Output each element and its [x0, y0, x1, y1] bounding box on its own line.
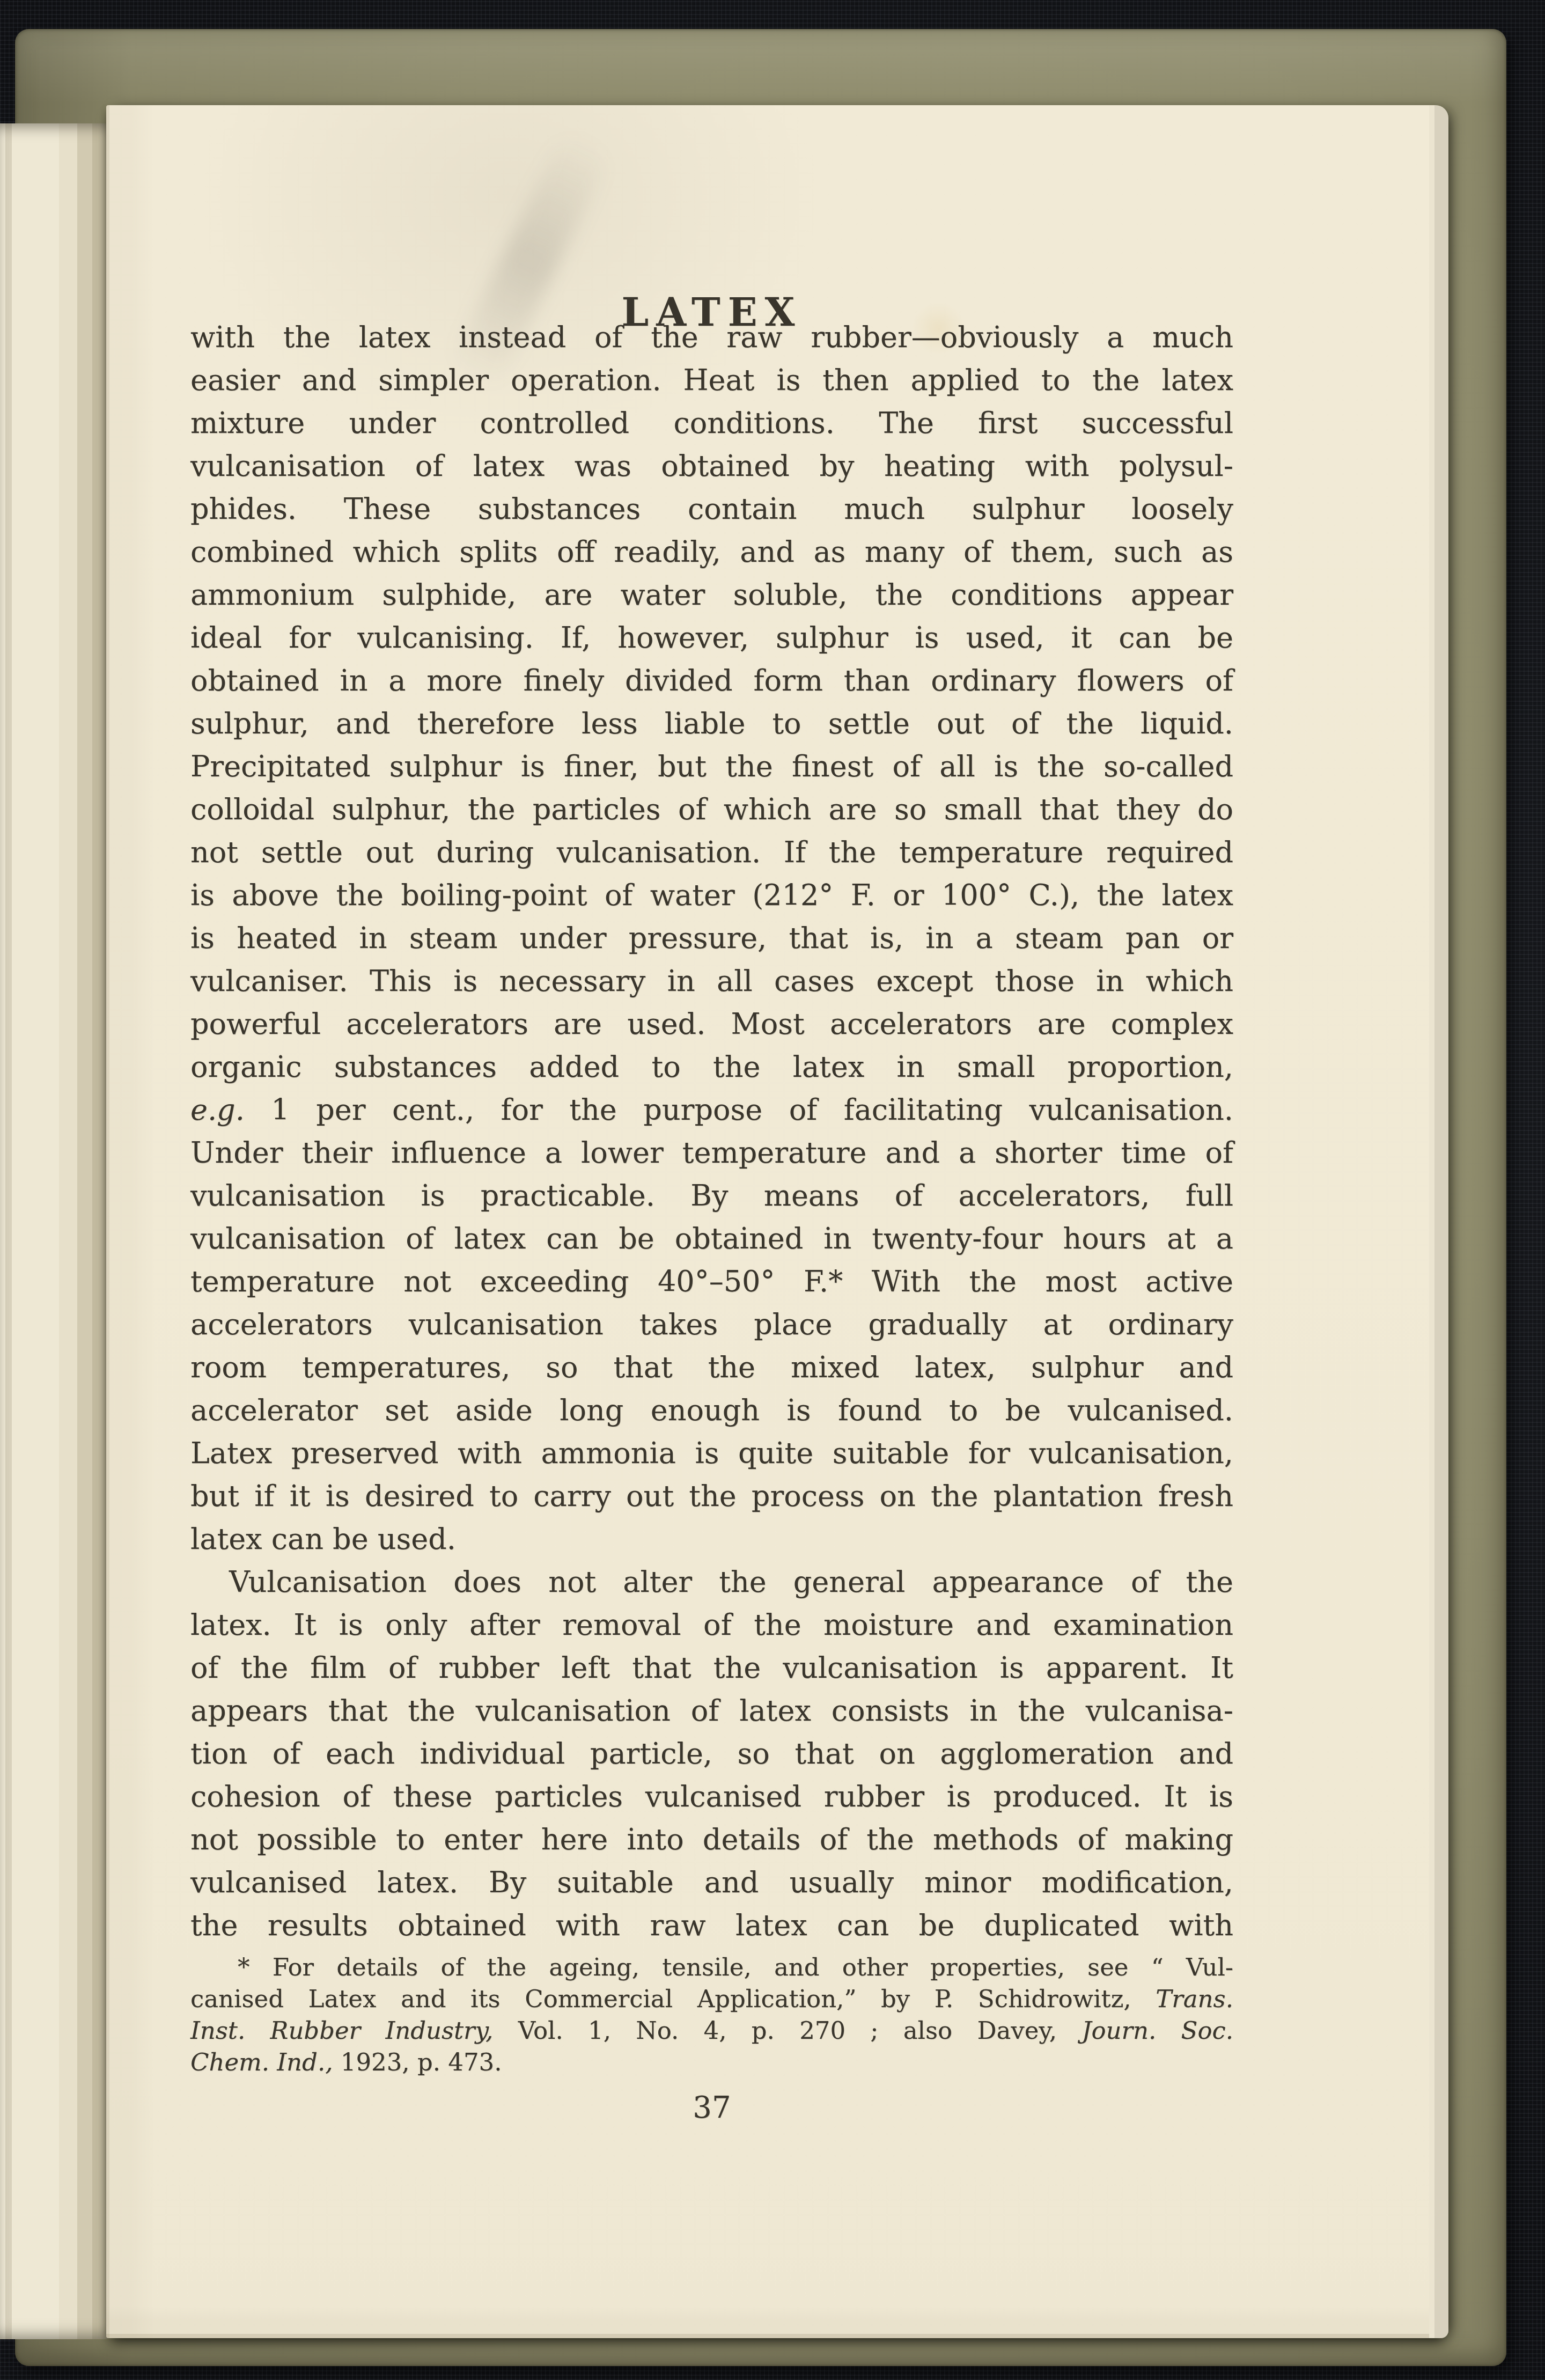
text-line: vulcaniser. This is necessary in all cas… [190, 960, 1233, 1003]
text-line: appears that the vulcanisation of latex … [190, 1689, 1233, 1732]
text-line: is above the boiling-point of water (212… [190, 874, 1233, 917]
text-line: temperature not exceeding 40°–50° F.* Wi… [190, 1260, 1233, 1303]
footnote-text: * For details of the ageing, tensile, an… [190, 1951, 1233, 2078]
text-line: cohesion of these particles vulcanised r… [190, 1775, 1233, 1818]
text-line: accelerators vulcanisation takes place g… [190, 1303, 1233, 1346]
text-line: mixture under controlled conditions. The… [190, 402, 1233, 445]
text-line: obtained in a more finely divided form t… [190, 659, 1233, 702]
text-line: the results obtained with raw latex can … [190, 1904, 1233, 1947]
text-line: of the film of rubber left that the vulc… [190, 1647, 1233, 1689]
text-line: * For details of the ageing, tensile, an… [190, 1951, 1233, 1983]
text-line: latex can be used. [190, 1518, 1233, 1561]
page-number: 37 [190, 2091, 1233, 2125]
text-line: Latex preserved with ammonia is quite su… [190, 1432, 1233, 1475]
gutter-page-edges [0, 123, 107, 2339]
text-line: phides. These substances contain much su… [190, 488, 1233, 531]
text-line: e.g. 1 per cent., for the purpose of fac… [190, 1089, 1233, 1132]
text-line: vulcanisation is practicable. By means o… [190, 1174, 1233, 1217]
text-line: Chem. Ind., 1923, p. 473. [190, 2046, 1233, 2078]
text-line: Under their influence a lower temperatur… [190, 1132, 1233, 1174]
text-line: colloidal sulphur, the particles of whic… [190, 788, 1233, 831]
text-line: vulcanisation of latex was obtained by h… [190, 445, 1233, 488]
text-line: ammonium sulphide, are water soluble, th… [190, 574, 1233, 616]
text-line: is heated in steam under pressure, that … [190, 917, 1233, 960]
text-line: vulcanisation of latex can be obtained i… [190, 1217, 1233, 1260]
text-line: Vulcanisation does not alter the general… [190, 1561, 1233, 1604]
text-line: but if it is desired to carry out the pr… [190, 1475, 1233, 1518]
text-line: latex. It is only after removal of the m… [190, 1604, 1233, 1647]
text-line: ideal for vulcanising. If, however, sulp… [190, 616, 1233, 659]
text-line: powerful accelerators are used. Most acc… [190, 1003, 1233, 1046]
text-line: accelerator set aside long enough is fou… [190, 1389, 1233, 1432]
body-text: with the latex instead of the raw rubber… [190, 316, 1233, 1947]
text-line: vulcanised latex. By suitable and usuall… [190, 1861, 1233, 1904]
book-photo: LATEX with the latex instead of the raw … [0, 0, 1545, 2380]
text-line: room temperatures, so that the mixed lat… [190, 1346, 1233, 1389]
text-line: not possible to enter here into details … [190, 1818, 1233, 1861]
text-line: Inst. Rubber Industry, Vol. 1, No. 4, p.… [190, 2015, 1233, 2046]
text-line: canised Latex and its Commercial Applica… [190, 1983, 1233, 2015]
book-page: LATEX with the latex instead of the raw … [106, 105, 1448, 2338]
text-line: Precipitated sulphur is finer, but the f… [190, 745, 1233, 788]
text-line: easier and simpler operation. Heat is th… [190, 359, 1233, 402]
text-line: tion of each individual particle, so tha… [190, 1732, 1233, 1775]
text-line: not settle out during vulcanisation. If … [190, 831, 1233, 874]
text-line: organic substances added to the latex in… [190, 1046, 1233, 1089]
text-line: with the latex instead of the raw rubber… [190, 316, 1233, 359]
text-line: combined which splits off readily, and a… [190, 531, 1233, 574]
text-line: sulphur, and therefore less liable to se… [190, 702, 1233, 745]
